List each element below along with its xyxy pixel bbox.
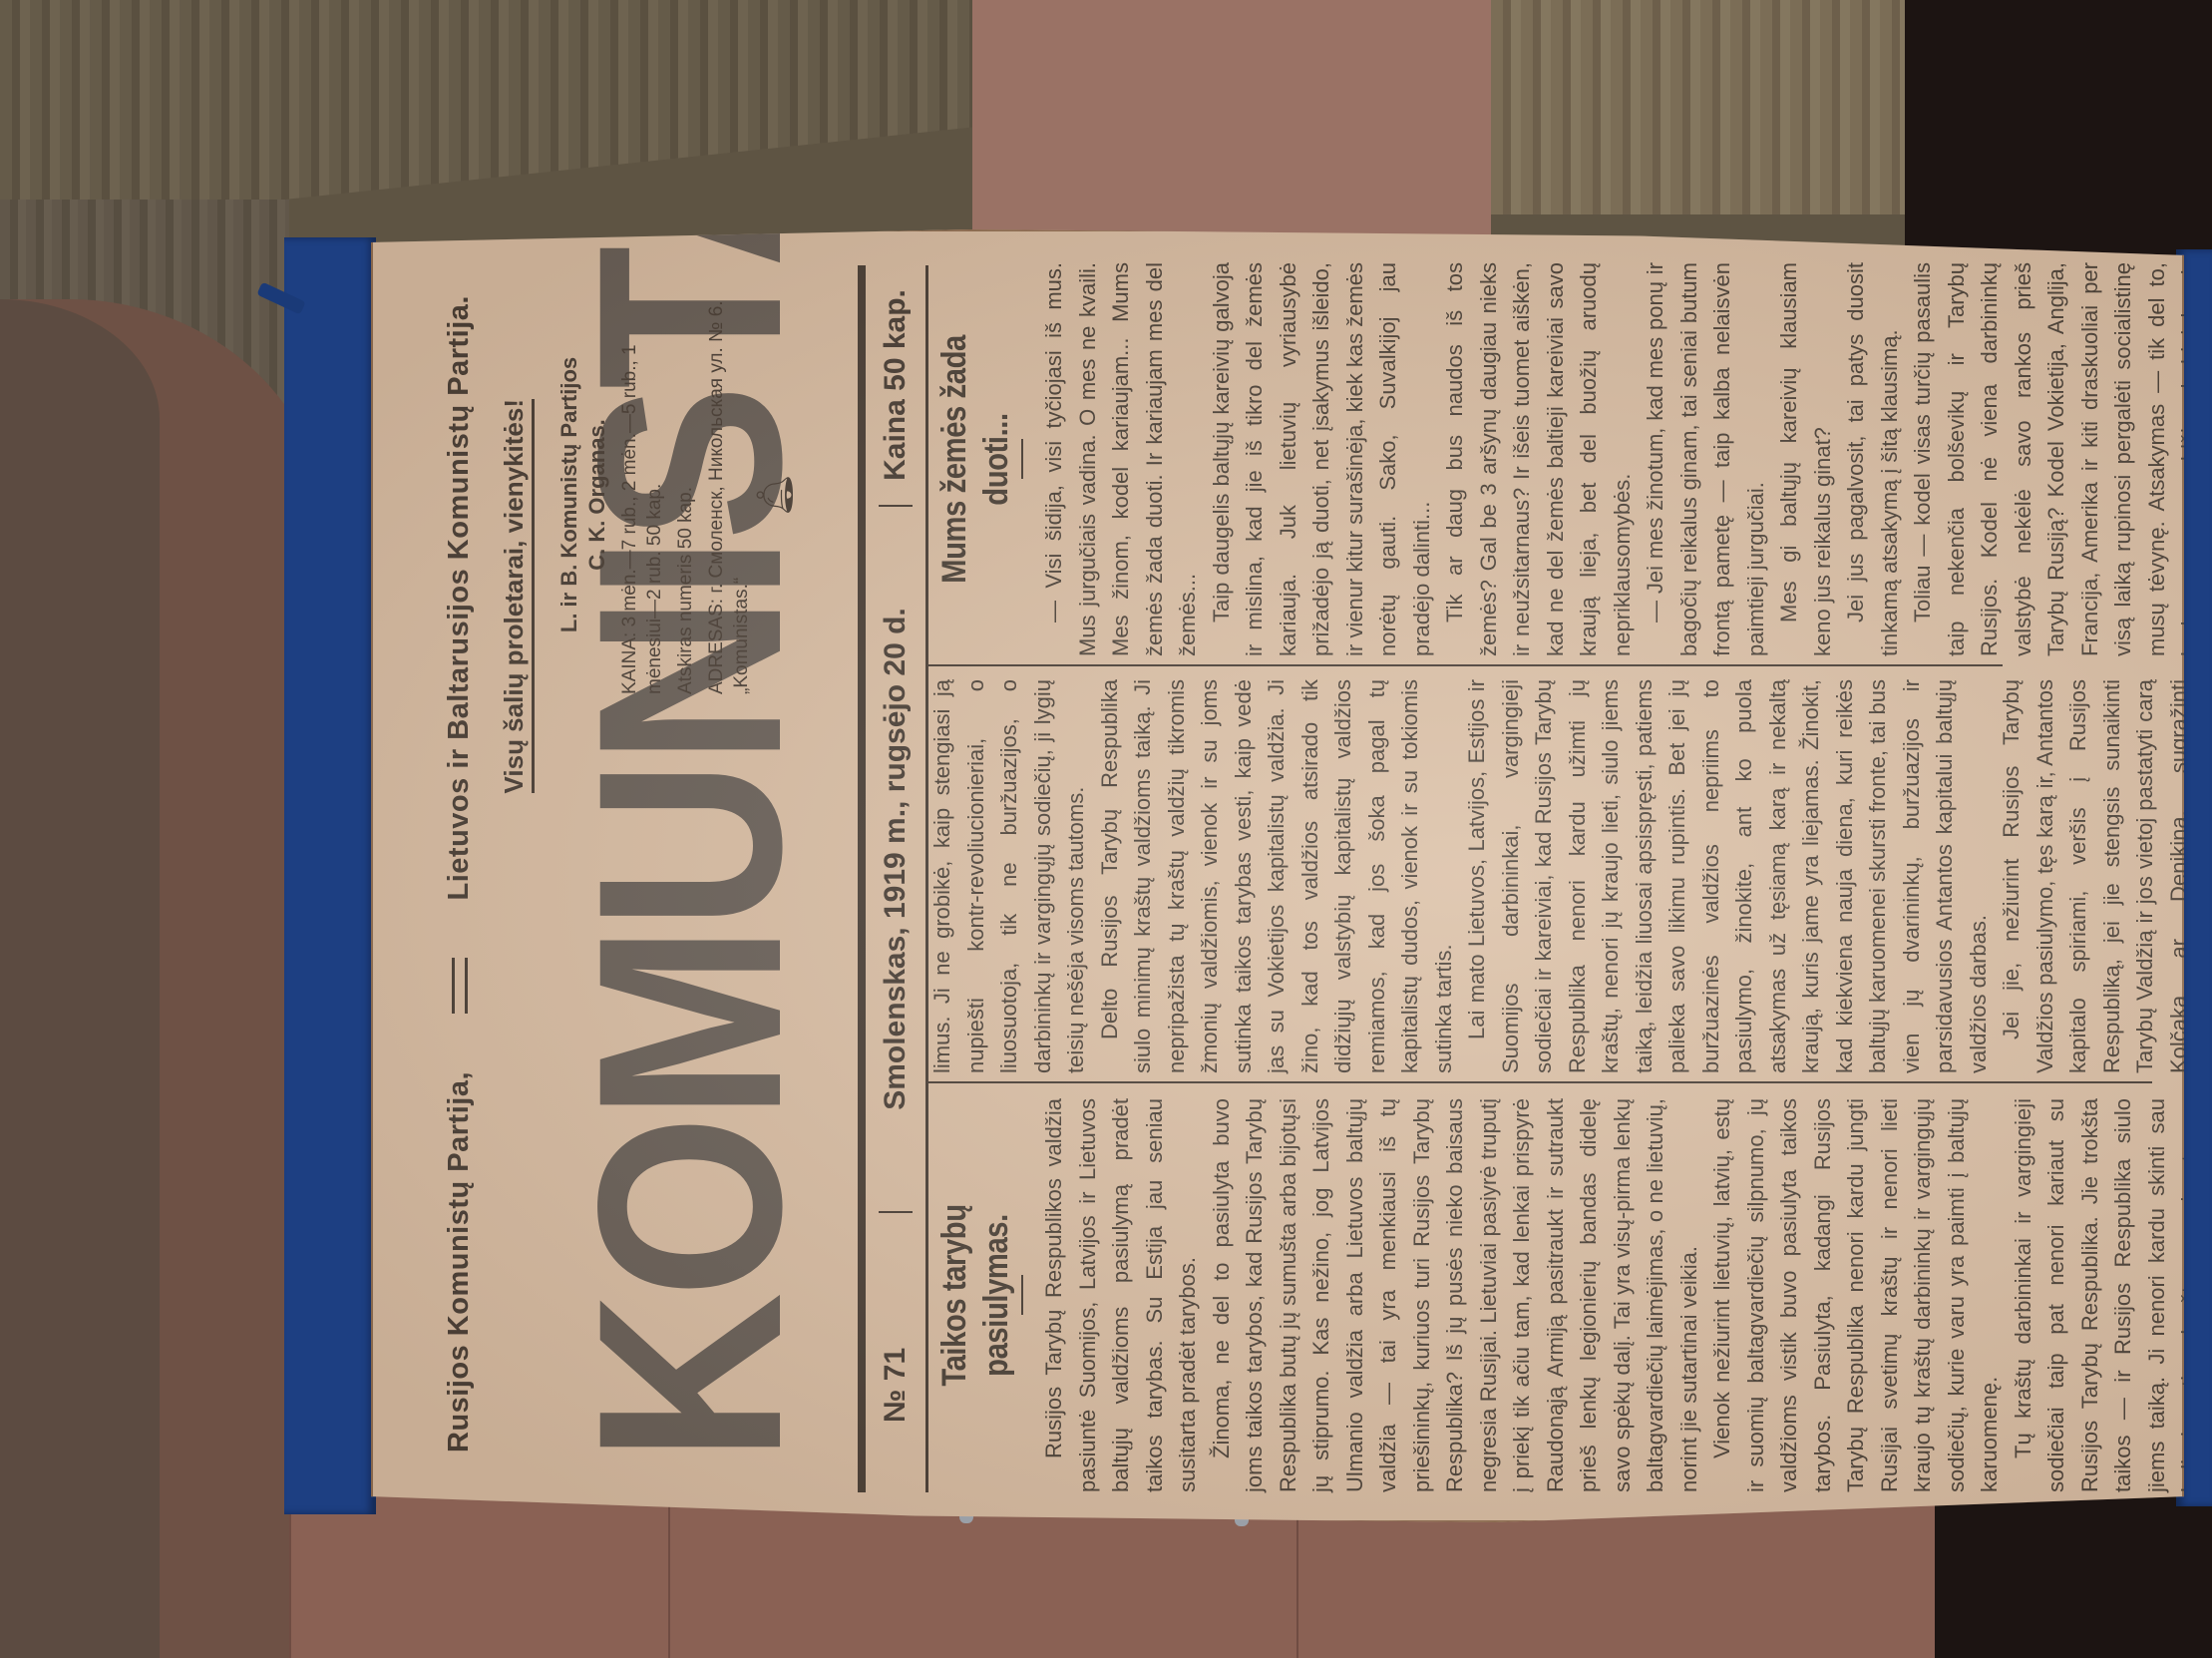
binder-cover-left: [284, 237, 376, 1514]
article-paragraph: Delto Rusijos Tarybų Respublika siulo mi…: [1093, 679, 1461, 1073]
column-rule: [925, 1081, 2152, 1083]
article-paragraph: — Visi šidija, visi tyčiojasi iš mus. Mu…: [1037, 262, 1205, 656]
organ-head-1: L. ir B. Komunistų Partijos: [555, 295, 583, 694]
publisher-info: L. ir B. Komunistų Partijos C. K. Organa…: [555, 295, 787, 694]
slogan: Visų šalių proletarai, vienykitės!: [499, 399, 535, 793]
article-paragraph: Rusijos Tarybų Respublikos valdžia pasiu…: [1037, 1098, 1205, 1492]
article-paragraph: limus. Ji ne grobikė, kaip stengiasi ją …: [925, 679, 1093, 1073]
party-line-right: Lietuvos ir Baltarusijos Komunistų Parti…: [443, 295, 476, 900]
issue-price: Kaina 50 kap.: [879, 265, 913, 507]
dateline-bar: № 71 Smolenskas, 1919 m., rugsėjo 20 d. …: [858, 265, 928, 1492]
article-paragraph: Lai mato Lietuvos, Latvijos, Estijos ir …: [1460, 679, 1995, 1073]
newspaper-page: Rusijos Komunistų Partija, Lietuvos ir B…: [371, 229, 2184, 1522]
double-rule-separator: [452, 958, 468, 1014]
cardboard-background: [1491, 0, 1910, 214]
newspaper-title: KOMUNISTAS: [541, 780, 840, 1462]
article-paragraph: Vienok nežiurint lietuvių, latvių, estų …: [1705, 1098, 2007, 1492]
organ-head-2: C. K. Organas.: [583, 295, 611, 694]
article-headline: Taikos tarybų pasiulymas.: [933, 1126, 1017, 1465]
place-and-date: Smolenskas, 1919 m., rugsėjo 20 d.: [879, 507, 913, 1211]
article-paragraph: Taip daugelis baltųjų kareivių galvoja i…: [1205, 262, 1439, 656]
single-copy-price: Atskiras numeris 50 kap.: [673, 295, 698, 694]
article-paragraph: Jei jie, nežiurint Rusijos Tarybų Valdži…: [1995, 679, 2212, 1073]
bell-emblem-icon: 🔔︎: [762, 295, 787, 694]
article-paragraph: Tų kraštų darbininkai ir vargingieji sod…: [2007, 1098, 2212, 1492]
issue-number: № 71: [879, 1211, 913, 1492]
article-paragraph: Mes gi baltųjų kareivių klausiam keno ju…: [1772, 262, 1839, 656]
cardboard-background: [0, 0, 977, 229]
headline-rule: [1021, 1276, 1023, 1316]
table-surface: [289, 1496, 1935, 1658]
column-1: Taikos tarybų pasiulymas. Rusijos Tarybų…: [925, 1098, 2212, 1492]
pink-card-background: [972, 0, 1491, 239]
column-3: Mums žemės žada duoti... — Visi šidija, …: [925, 262, 2212, 656]
address: ADRESAS: г. Смоленск, Никольская ул. № 6…: [704, 295, 754, 694]
article-paragraph: Tik ar daug bus naudos iš tos žemės? Gal…: [1438, 262, 1639, 656]
column-rule: [925, 664, 2003, 666]
article-paragraph: Žinoma, ne del to pasiulyta buvo joms ta…: [1205, 1098, 1706, 1492]
hand-shadow: [0, 299, 160, 1658]
headline-rule: [1021, 440, 1023, 480]
article-paragraph: — Jei mes žinotum, kad mes ponų ir bagoč…: [1639, 262, 1772, 656]
article-headline: Mums žemės žada duoti...: [933, 290, 1017, 629]
party-line-left: Rusijos Komunistų Partija,: [443, 1071, 476, 1452]
article-columns: Taikos tarybų pasiulymas. Rusijos Tarybų…: [925, 265, 2152, 1492]
article-paragraph: Jei jus pagalvosit, tai patys duosit tin…: [1839, 262, 1906, 656]
subscription-prices: KAINA: 3 mėn.—7 rub., 2 mėn.—5 rub., 1 m…: [617, 295, 667, 694]
newspaper-rotated: Rusijos Komunistų Partija, Lietuvos ir B…: [371, 229, 2184, 1522]
column-2: limus. Ji ne grobikė, kaip stengiasi ją …: [925, 679, 2212, 1073]
article-paragraph: Toliau — kodel visas turčių pasaulis tai…: [1906, 262, 2212, 656]
party-line: Rusijos Komunistų Partija, Lietuvos ir B…: [443, 295, 476, 1452]
